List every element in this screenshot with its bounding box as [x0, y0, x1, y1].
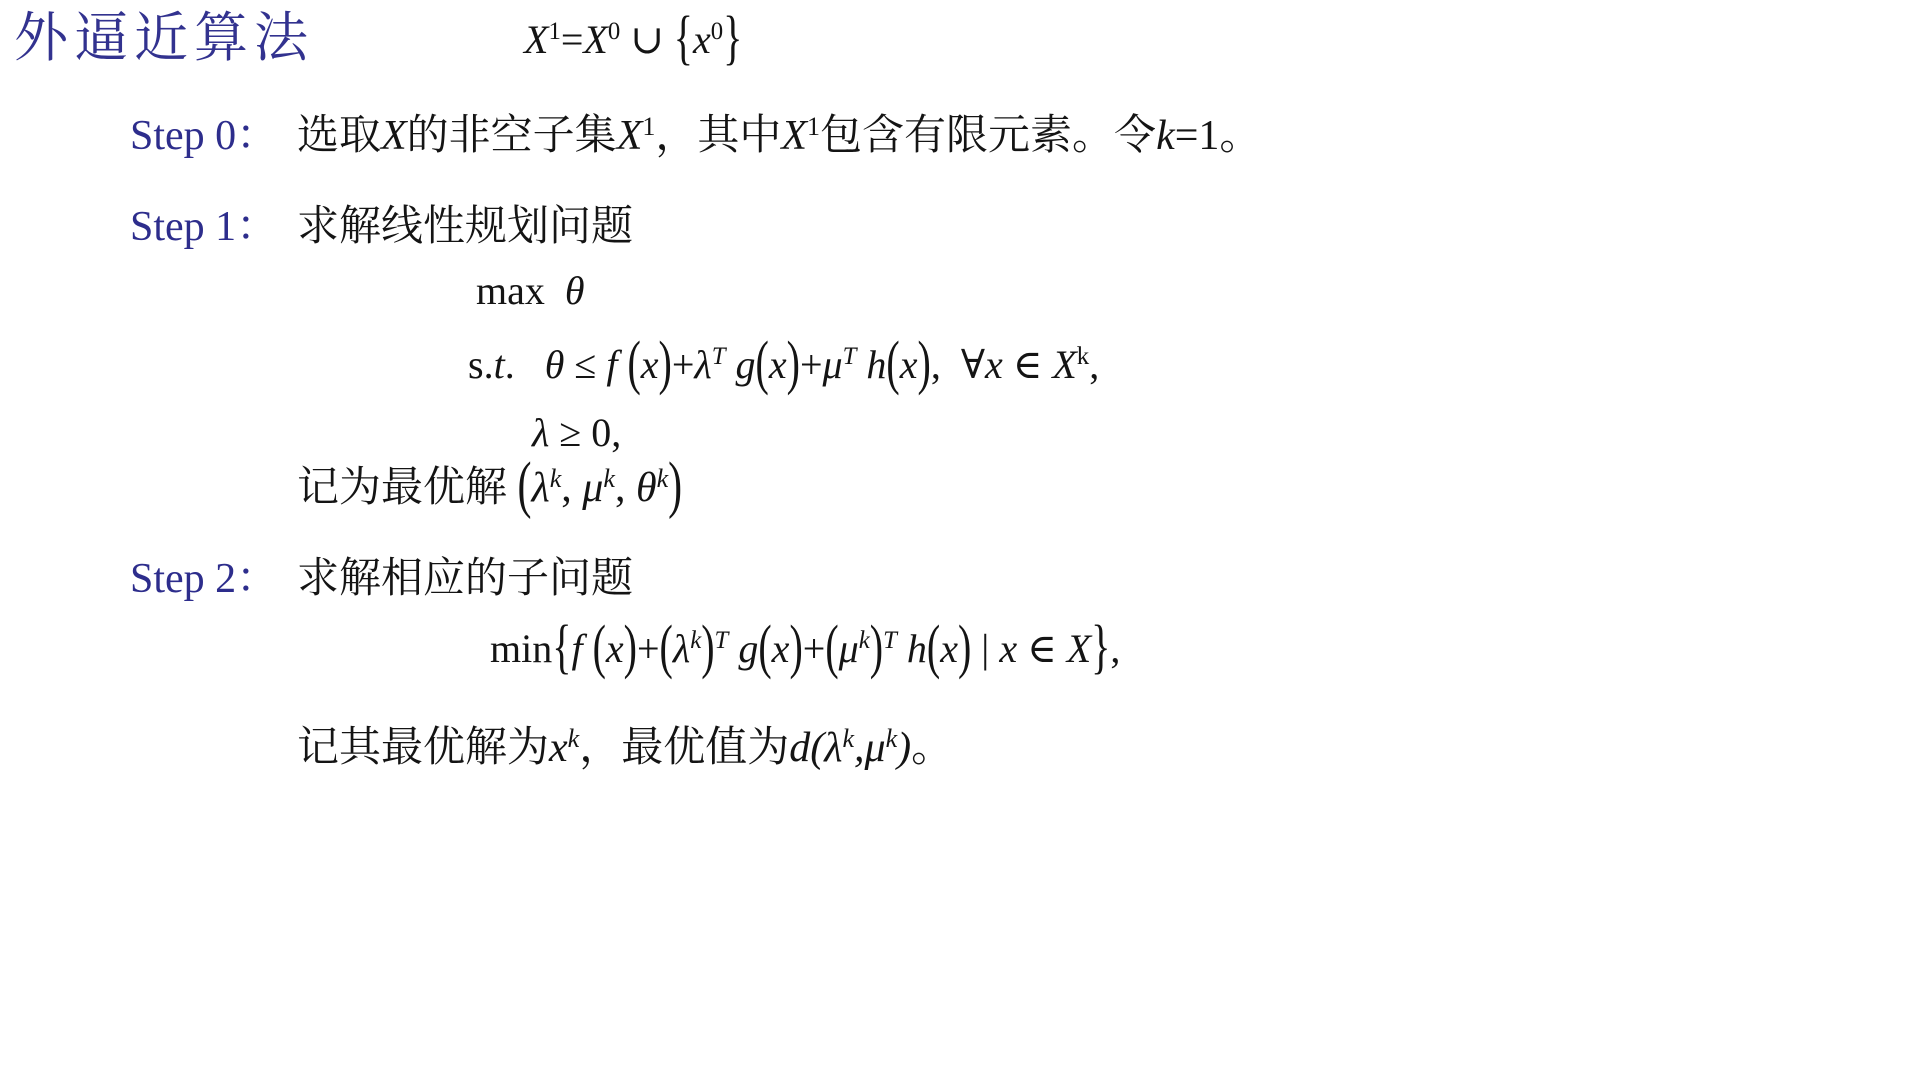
- slide-title: 外逼近算法: [14, 6, 314, 71]
- slide-canvas: 外逼近算法 X1=X0 ∪ {x0} Step 0： 选取X的非空子集X1，其中…: [0, 0, 1920, 1080]
- step-0-row: Step 0： 选取X的非空子集X1，其中X1包含有限元素。令k=1。: [130, 112, 1261, 160]
- subproblem-formula: min{f (x)+(λk)T g(x)+(μk)T h(x) | x ∈ X}…: [490, 624, 1120, 674]
- step-2-row: Step 2： 求解相应的子问题: [130, 555, 633, 603]
- step-0-text: 选取X的非空子集X1，其中X1包含有限元素。令k=1。: [297, 112, 1261, 160]
- lp-constraint-1-formula: s.t. θ ≤ f (x)+λT g(x)+μT h(x), ∀x ∈ Xk,: [468, 340, 1099, 390]
- step-2-text: 求解相应的子问题: [297, 555, 633, 603]
- step-1-text: 求解线性规划问题: [297, 203, 633, 251]
- step-2-label: Step 2：: [130, 555, 297, 603]
- step-0-label: Step 0：: [130, 112, 297, 160]
- step-1-row: Step 1： 求解线性规划问题: [130, 203, 633, 251]
- lp-solution-note: 记为最优解 (λk, μk, θk): [297, 462, 682, 515]
- subproblem-solution-note: 记其最优解为xk，最优值为d(λk,μk)。: [297, 722, 953, 775]
- header-formula: X1=X0 ∪ {x0}: [524, 16, 742, 64]
- step-1-label: Step 1：: [130, 203, 297, 251]
- lp-constraint-2-formula: λ ≥ 0,: [532, 408, 621, 458]
- lp-objective-formula: max θ: [476, 266, 585, 316]
